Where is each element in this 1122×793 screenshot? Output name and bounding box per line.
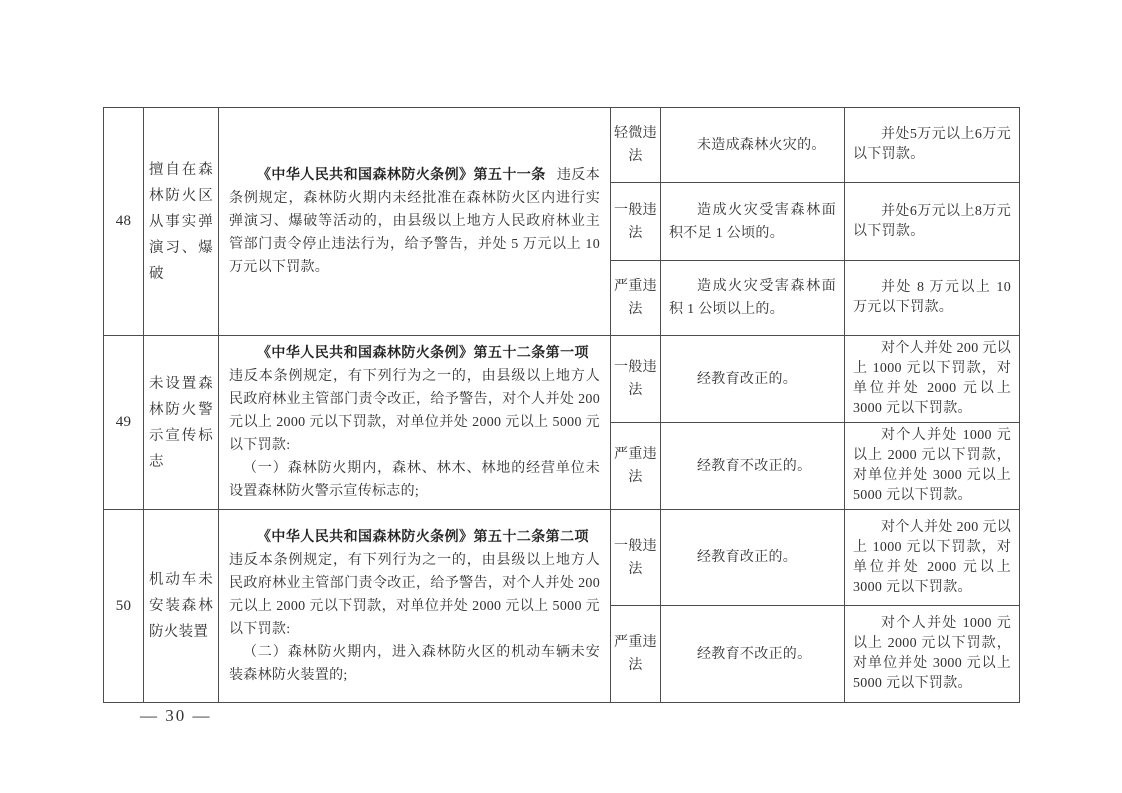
legal-text: 违反本条例规定，有下列行为之一的，由县级以上地方人民政府林业主管部门责令改正，给… <box>229 553 600 637</box>
penalty: 并处 8 万元以上 10 万元以下罚款。 <box>845 261 1020 336</box>
violation-condition: 造成火灾受害森林面积不足 1 公顷的。 <box>661 183 845 261</box>
violation-name: 擅自在森林防火区从事实弹演习、爆破 <box>144 108 219 336</box>
violation-condition: 经教育改正的。 <box>661 510 845 606</box>
penalty: 对个人并处 1000 元以上 2000 元以下罚款，对单位并处 3000 元以上… <box>845 606 1020 703</box>
law-title: 《中华人民共和国森林防火条例》第五十一条 <box>257 168 546 183</box>
severity-level: 严重违法 <box>611 606 661 703</box>
penalty: 对个人并处 200 元以上 1000 元以下罚款，对单位并处 2000 元以上 … <box>845 510 1020 606</box>
legal-paragraph: 《中华人民共和国森林防火条例》第五十一条违反本条例规定，森林防火期内未经批准在森… <box>229 164 600 279</box>
document-page: 48 擅自在森林防火区从事实弹演习、爆破 《中华人民共和国森林防火条例》第五十一… <box>0 0 1122 793</box>
severity-level: 一般违法 <box>611 510 661 606</box>
severity-level: 严重违法 <box>611 423 661 510</box>
legal-text: 违反本条例规定，森林防火期内未经批准在森林防火区内进行实弹演习、爆破等活动的，由… <box>229 168 600 275</box>
penalty: 对个人并处 1000 元以上 2000 元以下罚款，对单位并处 3000 元以上… <box>845 423 1020 510</box>
violation-condition: 经教育改正的。 <box>661 336 845 423</box>
row-number: 48 <box>104 108 144 336</box>
severity-level: 轻微违法 <box>611 108 661 183</box>
row-number: 50 <box>104 510 144 703</box>
regulation-table: 48 擅自在森林防火区从事实弹演习、爆破 《中华人民共和国森林防火条例》第五十一… <box>103 107 1020 703</box>
legal-paragraph: 《中华人民共和国森林防火条例》第五十二条第一项违反本条例规定，有下列行为之一的，… <box>229 342 600 457</box>
legal-paragraph: 《中华人民共和国森林防火条例》第五十二条第二项违反本条例规定，有下列行为之一的，… <box>229 526 600 641</box>
violation-condition: 经教育不改正的。 <box>661 606 845 703</box>
legal-basis-cell: 《中华人民共和国森林防火条例》第五十二条第一项违反本条例规定，有下列行为之一的，… <box>219 336 611 510</box>
violation-name: 机动车未安装森林防火装置 <box>144 510 219 703</box>
violation-condition: 经教育不改正的。 <box>661 423 845 510</box>
severity-level: 一般违法 <box>611 183 661 261</box>
table-row: 50 机动车未安装森林防火装置 《中华人民共和国森林防火条例》第五十二条第二项违… <box>104 510 1020 606</box>
table-row: 49 未设置森林防火警示宣传标志 《中华人民共和国森林防火条例》第五十二条第一项… <box>104 336 1020 423</box>
severity-level: 一般违法 <box>611 336 661 423</box>
legal-item-paragraph: （二）森林防火期内，进入森林防火区的机动车辆未安装森林防火装置的; <box>229 641 600 687</box>
violation-condition: 造成火灾受害森林面积 1 公顷以上的。 <box>661 261 845 336</box>
table-row: 48 擅自在森林防火区从事实弹演习、爆破 《中华人民共和国森林防火条例》第五十一… <box>104 108 1020 183</box>
penalty: 并处6万元以上8万元以下罚款。 <box>845 183 1020 261</box>
row-number: 49 <box>104 336 144 510</box>
severity-level: 严重违法 <box>611 261 661 336</box>
legal-basis-cell: 《中华人民共和国森林防火条例》第五十一条违反本条例规定，森林防火期内未经批准在森… <box>219 108 611 336</box>
legal-basis-cell: 《中华人民共和国森林防火条例》第五十二条第二项违反本条例规定，有下列行为之一的，… <box>219 510 611 703</box>
penalty: 对个人并处 200 元以上 1000 元以下罚款，对单位并处 2000 元以上 … <box>845 336 1020 423</box>
law-title: 《中华人民共和国森林防火条例》第五十二条第二项 <box>257 530 589 545</box>
legal-item-paragraph: （一）森林防火期内，森林、林木、林地的经营单位未设置森林防火警示宣传标志的; <box>229 457 600 503</box>
law-title: 《中华人民共和国森林防火条例》第五十二条第一项 <box>257 346 589 361</box>
violation-name: 未设置森林防火警示宣传标志 <box>144 336 219 510</box>
page-number: — 30 — <box>140 706 212 726</box>
penalty: 并处5万元以上6万元以下罚款。 <box>845 108 1020 183</box>
violation-condition: 未造成森林火灾的。 <box>661 108 845 183</box>
legal-text: 违反本条例规定，有下列行为之一的，由县级以上地方人民政府林业主管部门责令改正，给… <box>229 369 600 453</box>
